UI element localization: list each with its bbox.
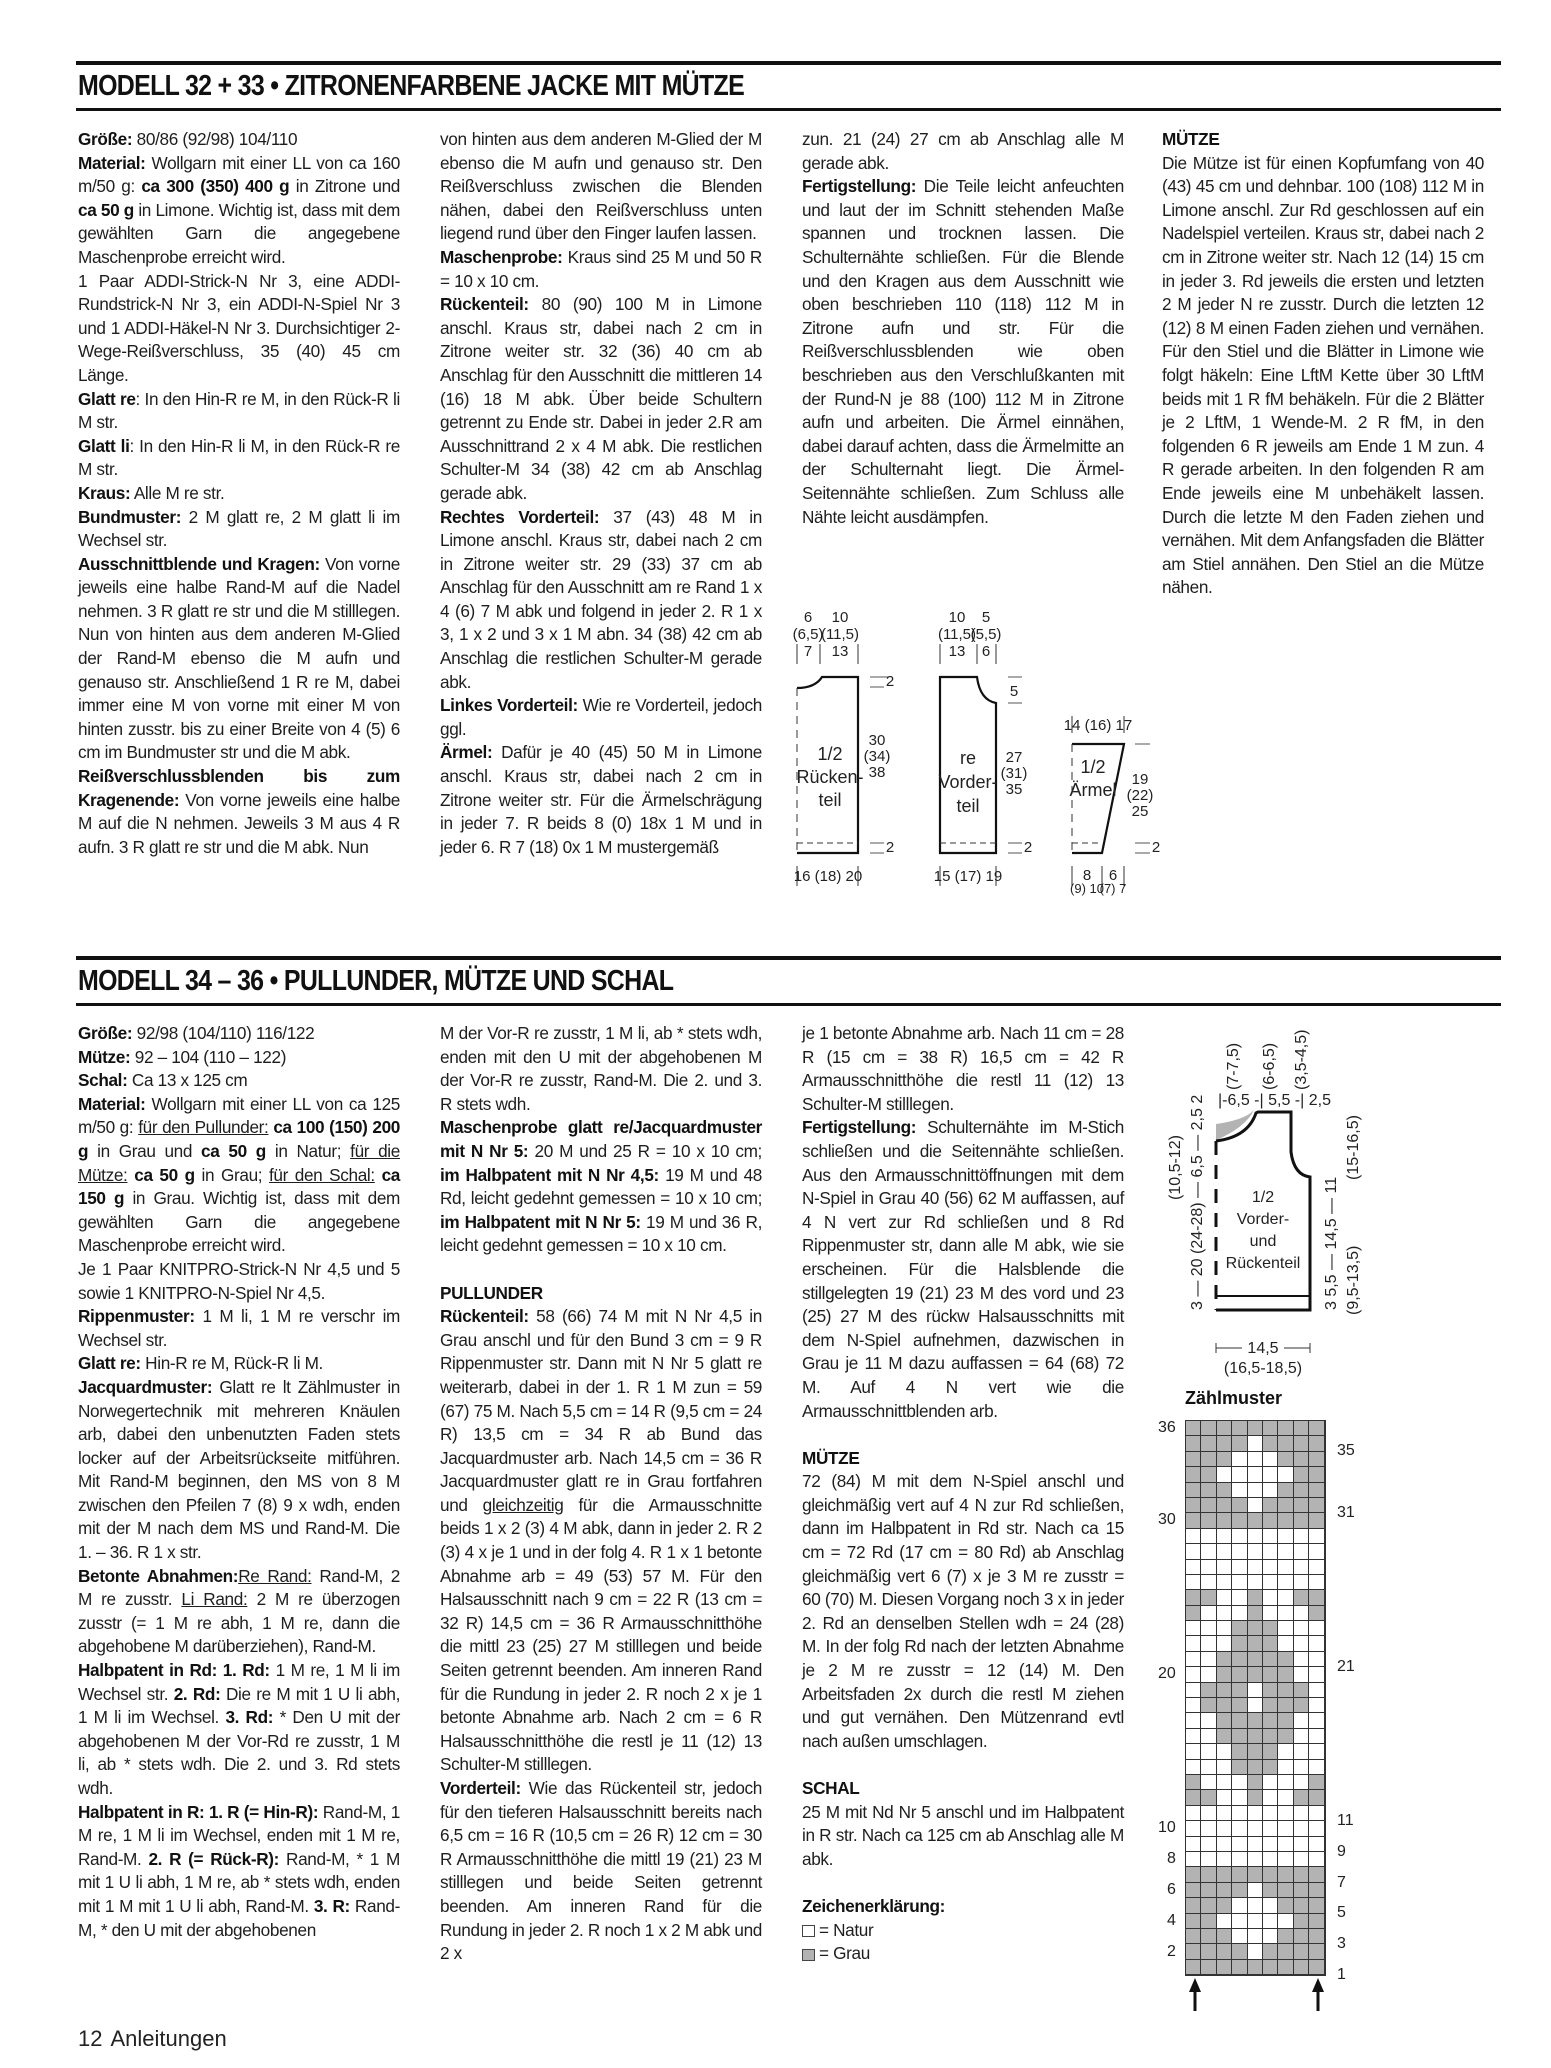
svg-text:teil: teil xyxy=(956,796,979,816)
chart-cell xyxy=(1217,1929,1232,1944)
chart-cell xyxy=(1232,1883,1247,1898)
chart-cell xyxy=(1294,1590,1309,1605)
chart-cell xyxy=(1263,1698,1278,1713)
svg-text:(31): (31) xyxy=(1001,765,1028,782)
chart-row-label-left: 6 xyxy=(1167,1881,1176,1899)
chart-cell xyxy=(1263,1914,1278,1929)
chart-cell xyxy=(1309,1914,1324,1929)
chart-cell xyxy=(1186,1529,1201,1544)
chart-row-label-right: 35 xyxy=(1337,1442,1355,1460)
svg-text:27: 27 xyxy=(1006,749,1023,766)
scarf-instructions: 25 M mit Nd Nr 5 anschl und im Halbpaten… xyxy=(802,1801,1124,1872)
chart-cell xyxy=(1186,1883,1201,1898)
chart-cell xyxy=(1309,1621,1324,1636)
chart-cell xyxy=(1248,1883,1263,1898)
svg-text:2: 2 xyxy=(886,673,894,690)
chart-cell xyxy=(1263,1667,1278,1682)
chart-cell xyxy=(1294,1806,1309,1821)
chart-cell xyxy=(1278,1513,1293,1528)
section2-column-1: Größe: 92/98 (104/110) 116/122Mütze: 92 … xyxy=(78,1022,400,1942)
chart-cell xyxy=(1201,1914,1216,1929)
chart-cell xyxy=(1309,1806,1324,1821)
chart-cell xyxy=(1186,1729,1201,1744)
chart-cell xyxy=(1217,1560,1232,1575)
chart-cell xyxy=(1217,1590,1232,1605)
chart-cell xyxy=(1248,1560,1263,1575)
chart-cell xyxy=(1248,1821,1263,1836)
chart-cell xyxy=(1248,1636,1263,1651)
chart-cell xyxy=(1186,1467,1201,1482)
chart-cell xyxy=(1278,1898,1293,1913)
hat2-instructions: 72 (84) M mit dem N-Spiel anschl und gle… xyxy=(802,1470,1124,1753)
chart-cell xyxy=(1217,1636,1232,1651)
svg-text:10: 10 xyxy=(949,609,966,626)
chart-cell xyxy=(1232,1914,1247,1929)
chart-row-label-right: 9 xyxy=(1337,1843,1346,1861)
chart-cell xyxy=(1248,1590,1263,1605)
legend-heading: Zeichenerklärung: xyxy=(802,1895,1124,1919)
section2-title: MODELL 34 – 36 • PULLUNDER, MÜTZE UND SC… xyxy=(78,965,673,998)
chart-cell xyxy=(1186,1421,1201,1436)
chart-cell xyxy=(1248,1667,1263,1682)
vest-schematic: 1/2 Vorder- und Rückenteil |-6,5 -| 5,5 … xyxy=(1150,1010,1510,1380)
chart-cell xyxy=(1248,1837,1263,1852)
svg-text:14 (16) 17: 14 (16) 17 xyxy=(1064,717,1132,734)
chart-cell xyxy=(1309,1498,1324,1513)
instruction-paragraph: Rückenteil: 80 (90) 100 M in Limone ansc… xyxy=(440,293,762,505)
chart-cell xyxy=(1263,1944,1278,1959)
chart-cell xyxy=(1186,1867,1201,1882)
chart-cell xyxy=(1186,1960,1201,1975)
svg-text:(3,5-4,5): (3,5-4,5) xyxy=(1293,1030,1310,1090)
chart-cell xyxy=(1263,1775,1278,1790)
chart-cell xyxy=(1278,1790,1293,1805)
chart-cell xyxy=(1294,1421,1309,1436)
chart-cell xyxy=(1248,1960,1263,1975)
chart-cell xyxy=(1263,1960,1278,1975)
chart-cell xyxy=(1248,1498,1263,1513)
svg-text:2: 2 xyxy=(1024,839,1032,856)
chart-cell xyxy=(1263,1713,1278,1728)
section1-column-4: MÜTZE Die Mütze ist für einen Kopfumfang… xyxy=(1162,128,1484,600)
chart-cell xyxy=(1263,1760,1278,1775)
svg-text:2: 2 xyxy=(886,839,894,856)
chart-cell xyxy=(1309,1560,1324,1575)
chart-cell xyxy=(1217,1621,1232,1636)
chart-cell xyxy=(1232,1806,1247,1821)
chart-cell xyxy=(1248,1944,1263,1959)
chart-cell xyxy=(1217,1821,1232,1836)
chart-cell xyxy=(1217,1790,1232,1805)
chart-cell xyxy=(1201,1790,1216,1805)
chart-cell xyxy=(1201,1436,1216,1451)
chart-cell xyxy=(1217,1683,1232,1698)
chart-cell xyxy=(1263,1929,1278,1944)
svg-text:(6,5): (6,5) xyxy=(793,626,824,643)
svg-text:Rückenteil: Rückenteil xyxy=(1226,1255,1301,1272)
svg-text:|-6,5 -| 5,5 -| 2,5: |-6,5 -| 5,5 -| 2,5 xyxy=(1218,1092,1331,1109)
chart-cell xyxy=(1278,1436,1293,1451)
chart-cell xyxy=(1278,1498,1293,1513)
chart-cell xyxy=(1263,1529,1278,1544)
section1-title: MODELL 32 + 33 • ZITRONENFARBENE JACKE M… xyxy=(78,70,744,103)
chart-cell xyxy=(1309,1760,1324,1775)
chart-cell xyxy=(1263,1837,1278,1852)
chart-cell xyxy=(1232,1544,1247,1559)
svg-text:(22): (22) xyxy=(1127,787,1154,804)
chart-cell xyxy=(1309,1436,1324,1451)
svg-text:3 — 20 (24-28) — 6,5 — 2,5 2: 3 — 20 (24-28) — 6,5 — 2,5 2 xyxy=(1189,1095,1206,1310)
chart-cell xyxy=(1263,1852,1278,1867)
instruction-paragraph: Glatt re: Hin-R re M, Rück-R li M. xyxy=(78,1352,400,1376)
chart-cell xyxy=(1217,1760,1232,1775)
chart-cell xyxy=(1217,1867,1232,1882)
chart-cell xyxy=(1217,1606,1232,1621)
instruction-paragraph: 1 Paar ADDI-Strick-N Nr 3, eine ADDI-Run… xyxy=(78,270,400,388)
chart-cell xyxy=(1186,1898,1201,1913)
chart-cell xyxy=(1309,1898,1324,1913)
chart-cell xyxy=(1232,1452,1247,1467)
chart-cell xyxy=(1186,1606,1201,1621)
chart-cell xyxy=(1217,1744,1232,1759)
chart-cell xyxy=(1309,1452,1324,1467)
chart-row-label-right: 5 xyxy=(1337,1904,1346,1922)
chart-cell xyxy=(1278,1667,1293,1682)
chart-cell xyxy=(1294,1944,1309,1959)
chart-cell xyxy=(1232,1729,1247,1744)
chart-cell xyxy=(1232,1421,1247,1436)
chart-cell xyxy=(1294,1483,1309,1498)
chart-row-label-right: 7 xyxy=(1337,1874,1346,1892)
hat2-heading: MÜTZE xyxy=(802,1447,1124,1471)
svg-text:(7) 7: (7) 7 xyxy=(1100,881,1127,896)
svg-text:re: re xyxy=(960,748,976,768)
chart-cell xyxy=(1263,1821,1278,1836)
chart-cell xyxy=(1232,1713,1247,1728)
svg-text:38: 38 xyxy=(869,764,886,781)
chart-cell xyxy=(1201,1683,1216,1698)
chart-cell xyxy=(1263,1452,1278,1467)
chart-row-label-left: 10 xyxy=(1158,1819,1176,1837)
chart-cell xyxy=(1309,1636,1324,1651)
chart-cell xyxy=(1217,1898,1232,1913)
chart-cell xyxy=(1232,1529,1247,1544)
chart-cell xyxy=(1201,1806,1216,1821)
chart-cell xyxy=(1201,1867,1216,1882)
chart-row-label-right: 3 xyxy=(1337,1935,1346,1953)
chart-title: Zählmuster xyxy=(1185,1388,1282,1409)
chart-cell xyxy=(1294,1621,1309,1636)
chart-cell xyxy=(1186,1544,1201,1559)
chart-cell xyxy=(1232,1929,1247,1944)
chart-cell xyxy=(1232,1867,1247,1882)
chart-cell xyxy=(1294,1606,1309,1621)
chart-cell xyxy=(1263,1898,1278,1913)
chart-cell xyxy=(1201,1452,1216,1467)
chart-cell xyxy=(1309,1960,1324,1975)
chart-cell xyxy=(1232,1837,1247,1852)
instruction-paragraph: Fertigstellung: Die Teile leicht anfeuch… xyxy=(802,175,1124,529)
chart-cell xyxy=(1278,1683,1293,1698)
instruction-paragraph: von hinten aus dem anderen M-Glied der M… xyxy=(440,128,762,246)
chart-cell xyxy=(1309,1744,1324,1759)
chart-cell xyxy=(1278,1575,1293,1590)
chart-cell xyxy=(1309,1698,1324,1713)
chart-cell xyxy=(1309,1483,1324,1498)
chart-cell xyxy=(1248,1544,1263,1559)
legend-item-natur: = Natur xyxy=(802,1919,1124,1943)
chart-cell xyxy=(1201,1529,1216,1544)
chart-cell xyxy=(1278,1960,1293,1975)
chart-cell xyxy=(1248,1529,1263,1544)
chart-cell xyxy=(1278,1806,1293,1821)
chart-cell xyxy=(1309,1575,1324,1590)
svg-text:1/2: 1/2 xyxy=(1252,1189,1274,1206)
svg-text:(16,5-18,5): (16,5-18,5) xyxy=(1224,1360,1302,1377)
chart-cell xyxy=(1232,1667,1247,1682)
svg-text:2: 2 xyxy=(1152,839,1160,856)
chart-cell xyxy=(1186,1760,1201,1775)
svg-text:Rücken-: Rücken- xyxy=(796,767,863,787)
svg-text:(34): (34) xyxy=(864,748,891,765)
chart-cell xyxy=(1248,1683,1263,1698)
svg-text:7: 7 xyxy=(804,643,812,660)
hat-heading: MÜTZE xyxy=(1162,128,1484,152)
chart-cell xyxy=(1201,1760,1216,1775)
chart-cell xyxy=(1278,1883,1293,1898)
chart-cell xyxy=(1232,1606,1247,1621)
chart-cell xyxy=(1248,1436,1263,1451)
chart-cell xyxy=(1232,1560,1247,1575)
chart-cell xyxy=(1309,1467,1324,1482)
instruction-paragraph: Ausschnittblende und Kragen: Von vorne j… xyxy=(78,553,400,765)
chart-cell xyxy=(1278,1944,1293,1959)
chart-cell xyxy=(1232,1821,1247,1836)
chart-cell xyxy=(1278,1590,1293,1605)
chart-cell xyxy=(1232,1636,1247,1651)
chart-cell xyxy=(1201,1544,1216,1559)
chart-cell xyxy=(1217,1544,1232,1559)
chart-cell xyxy=(1201,1483,1216,1498)
section1-column-2: von hinten aus dem anderen M-Glied der M… xyxy=(440,128,762,859)
chart-cell xyxy=(1278,1760,1293,1775)
chart-cell xyxy=(1201,1513,1216,1528)
chart-cell xyxy=(1294,1683,1309,1698)
instruction-paragraph: Schal: Ca 13 x 125 cm xyxy=(78,1069,400,1093)
chart-cell xyxy=(1263,1421,1278,1436)
instruction-paragraph: zun. 21 (24) 27 cm ab Anschlag alle M ge… xyxy=(802,128,1124,175)
chart-cell xyxy=(1248,1744,1263,1759)
chart-cell xyxy=(1217,1529,1232,1544)
scarf-heading: SCHAL xyxy=(802,1777,1124,1801)
chart-cell xyxy=(1294,1867,1309,1882)
chart-cell xyxy=(1217,1944,1232,1959)
chart-cell xyxy=(1217,1436,1232,1451)
svg-text:1/2: 1/2 xyxy=(1080,757,1105,777)
chart-cell xyxy=(1309,1683,1324,1698)
chart-cell xyxy=(1186,1837,1201,1852)
chart-cell xyxy=(1294,1667,1309,1682)
chart-cell xyxy=(1217,1452,1232,1467)
chart-cell xyxy=(1309,1729,1324,1744)
section2-top-rule xyxy=(76,956,1501,960)
chart-cell xyxy=(1217,1667,1232,1682)
chart-cell xyxy=(1186,1636,1201,1651)
chart-cell xyxy=(1263,1883,1278,1898)
svg-text:1/2: 1/2 xyxy=(817,744,842,764)
instruction-paragraph: Material: Wollgarn mit einer LL von ca 1… xyxy=(78,152,400,270)
chart-cell xyxy=(1186,1560,1201,1575)
chart-cell xyxy=(1186,1683,1201,1698)
chart-cell xyxy=(1201,1621,1216,1636)
chart-cell xyxy=(1294,1698,1309,1713)
chart-cell xyxy=(1278,1636,1293,1651)
vest-front-continuation: je 1 betonte Abnahme arb. Nach 11 cm = 2… xyxy=(802,1022,1124,1116)
chart-cell xyxy=(1263,1636,1278,1651)
section2-column-2: M der Vor-R re zusstr, 1 M li, ab * stet… xyxy=(440,1022,762,1966)
chart-cell xyxy=(1186,1667,1201,1682)
chart-row-label-right: 11 xyxy=(1337,1812,1354,1830)
chart-cell xyxy=(1186,1513,1201,1528)
chart-cell xyxy=(1294,1775,1309,1790)
chart-cell xyxy=(1217,1421,1232,1436)
chart-cell xyxy=(1309,1944,1324,1959)
chart-cell xyxy=(1201,1898,1216,1913)
chart-cell xyxy=(1248,1575,1263,1590)
instruction-paragraph: Bundmuster: 2 M glatt re, 2 M glatt li i… xyxy=(78,506,400,553)
chart-cell xyxy=(1232,1852,1247,1867)
chart-cell xyxy=(1294,1498,1309,1513)
chart-row-label-left: 8 xyxy=(1167,1850,1176,1868)
chart-cell xyxy=(1201,1729,1216,1744)
halbpatent-continuation: M der Vor-R re zusstr, 1 M li, ab * stet… xyxy=(440,1022,762,1116)
chart-cell xyxy=(1294,1452,1309,1467)
chart-cell xyxy=(1294,1652,1309,1667)
chart-cell xyxy=(1278,1421,1293,1436)
chart-cell xyxy=(1186,1744,1201,1759)
svg-text:Vorder-: Vorder- xyxy=(1237,1211,1289,1228)
chart-cell xyxy=(1217,1914,1232,1929)
instruction-paragraph: Halbpatent in Rd: 1. Rd: 1 M re, 1 M li … xyxy=(78,1659,400,1801)
chart-cell xyxy=(1186,1852,1201,1867)
chart-cell xyxy=(1201,1775,1216,1790)
page-footer: 12Anleitungen xyxy=(78,2026,227,2052)
hat-instructions: Die Mütze ist für einen Kopfumfang von 4… xyxy=(1162,152,1484,600)
chart-cell xyxy=(1294,1821,1309,1836)
chart-cell xyxy=(1278,1852,1293,1867)
instruction-paragraph: Jacquardmuster: Glatt re lt Zählmuster i… xyxy=(78,1376,400,1565)
chart-cell xyxy=(1309,1544,1324,1559)
page-number: 12 xyxy=(78,2026,102,2051)
chart-cell xyxy=(1278,1744,1293,1759)
chart-cell xyxy=(1294,1790,1309,1805)
chart-cell xyxy=(1232,1498,1247,1513)
chart-cell xyxy=(1201,1929,1216,1944)
chart-cell xyxy=(1232,1775,1247,1790)
chart-cell xyxy=(1263,1513,1278,1528)
chart-cell xyxy=(1263,1683,1278,1698)
chart-cell xyxy=(1309,1652,1324,1667)
chart-cell xyxy=(1248,1760,1263,1775)
chart-cell xyxy=(1278,1698,1293,1713)
instruction-paragraph: Rechtes Vorderteil: 37 (43) 48 M in Limo… xyxy=(440,506,762,695)
svg-text:14,5: 14,5 xyxy=(1247,1340,1278,1357)
chart-cell xyxy=(1201,1698,1216,1713)
chart-cell xyxy=(1294,1914,1309,1929)
instruction-paragraph: Reißverschlussblenden bis zum Kragenende… xyxy=(78,765,400,859)
gauge-paragraph: Maschenprobe glatt re/Jacquardmuster mit… xyxy=(440,1116,762,1258)
chart-cell xyxy=(1278,1821,1293,1836)
chart-cell xyxy=(1248,1898,1263,1913)
chart-cell xyxy=(1278,1914,1293,1929)
instruction-paragraph: Je 1 Paar KNITPRO-Strick-N Nr 4,5 und 5 … xyxy=(78,1258,400,1305)
chart-cell xyxy=(1201,1606,1216,1621)
chart-cell xyxy=(1278,1483,1293,1498)
chart-row-label-left: 36 xyxy=(1158,1419,1176,1437)
chart-cell xyxy=(1232,1621,1247,1636)
chart-cell xyxy=(1217,1698,1232,1713)
chart-cell xyxy=(1263,1436,1278,1451)
chart-row-label-left: 2 xyxy=(1167,1943,1176,1961)
svg-text:(11,5): (11,5) xyxy=(821,626,859,643)
chart-cell xyxy=(1201,1467,1216,1482)
chart-cell xyxy=(1232,1467,1247,1482)
chart-cell xyxy=(1201,1960,1216,1975)
chart-cell xyxy=(1263,1744,1278,1759)
chart-cell xyxy=(1309,1513,1324,1528)
front-piece-diagram: 10(11,5)13 5(5,5)6 reVorder-teil 5 27(31… xyxy=(934,609,1032,886)
section1-bottom-rule xyxy=(76,108,1501,111)
chart-row-label-right: 21 xyxy=(1337,1658,1355,1676)
chart-cell xyxy=(1278,1621,1293,1636)
svg-text:13: 13 xyxy=(832,643,849,660)
chart-cell xyxy=(1309,1883,1324,1898)
chart-cell xyxy=(1232,1652,1247,1667)
chart-cell xyxy=(1186,1790,1201,1805)
chart-cell xyxy=(1263,1498,1278,1513)
chart-cell xyxy=(1217,1883,1232,1898)
chart-cell xyxy=(1232,1513,1247,1528)
chart-cell xyxy=(1263,1606,1278,1621)
svg-text:19: 19 xyxy=(1132,771,1149,788)
chart-cell xyxy=(1278,1929,1293,1944)
chart-cell xyxy=(1278,1467,1293,1482)
instruction-paragraph: Halbpatent in R: 1. R (= Hin-R): Rand-M,… xyxy=(78,1801,400,1943)
chart-cell xyxy=(1294,1544,1309,1559)
chart-cell xyxy=(1232,1483,1247,1498)
jacket-schematics: 6(6,5)7 10(11,5)13 1/2Rücken-teil 2 30(3… xyxy=(790,600,1510,900)
svg-text:15 (17) 19: 15 (17) 19 xyxy=(934,868,1002,885)
chart-cell xyxy=(1309,1775,1324,1790)
chart-cell xyxy=(1186,1652,1201,1667)
chart-cell xyxy=(1217,1806,1232,1821)
chart-row-label-left: 20 xyxy=(1158,1665,1176,1683)
chart-cell xyxy=(1232,1698,1247,1713)
instruction-paragraph: Maschenprobe: Kraus sind 25 M und 50 R =… xyxy=(440,246,762,293)
chart-cell xyxy=(1309,1852,1324,1867)
chart-cell xyxy=(1217,1960,1232,1975)
chart-cell xyxy=(1248,1452,1263,1467)
chart-cell xyxy=(1186,1914,1201,1929)
chart-cell xyxy=(1278,1560,1293,1575)
chart-cell xyxy=(1294,1729,1309,1744)
back-piece-diagram: 6(6,5)7 10(11,5)13 1/2Rücken-teil 2 30(3… xyxy=(793,609,895,886)
instruction-paragraph: Mütze: 92 – 104 (110 – 122) xyxy=(78,1046,400,1070)
chart-cell xyxy=(1263,1867,1278,1882)
chart-cell xyxy=(1248,1775,1263,1790)
chart-arrows xyxy=(1185,1976,1330,2016)
chart-cell xyxy=(1186,1929,1201,1944)
